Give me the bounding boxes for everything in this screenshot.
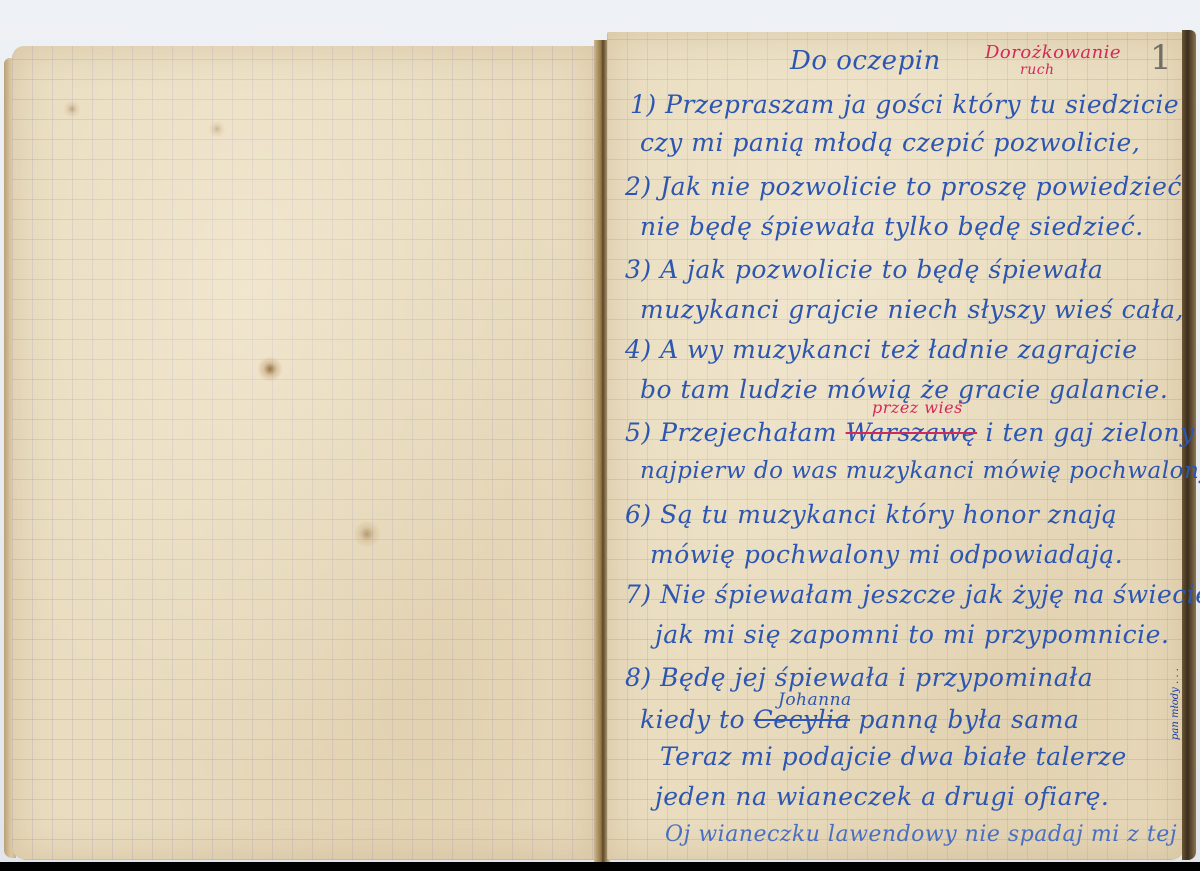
verse-number: 1) — [630, 90, 657, 119]
verse-number: 8) — [625, 663, 652, 692]
verse-number: 7) — [625, 580, 652, 609]
verse-text: Będę jej śpiewała i przypominała — [660, 663, 1093, 692]
verse-3-line-1: 3) A jak pozwolicie to będę śpiewała — [625, 255, 1103, 284]
red-annotation-sub: ruch — [1020, 62, 1055, 78]
verse-7-line-1: 7) Nie śpiewałam jeszcze jak żyję na świ… — [625, 580, 1200, 609]
verse-6-line-1: 6) Są tu muzykanci który honor znają — [625, 500, 1117, 529]
verse-text: A jak pozwolicie to będę śpiewała — [660, 255, 1103, 284]
verse-10-line-1: Oj wianeczku lawendowy nie spadaj mi z t… — [665, 822, 1177, 847]
page-number: 1 — [1150, 38, 1172, 78]
page-heading: Do oczepin — [790, 46, 941, 76]
stain-spot — [257, 356, 283, 382]
verse-5-insert: przez wieś — [872, 398, 963, 417]
verse-number: 3) — [625, 255, 652, 284]
margin-note: pan młody . . . — [1170, 668, 1181, 740]
verse-4-line-1: 4) A wy muzykanci też ładnie zagrajcie — [625, 335, 1138, 364]
verse-number: 5) — [625, 418, 652, 447]
verse-8-line-2: kiedy to Cecylia panną była sama — [640, 705, 1079, 734]
verse-7-line-2: jak mi się zapomni to mi przypomnicie. — [655, 620, 1169, 649]
crossed-out-word: Cecylia — [754, 705, 850, 734]
verse-text: Są tu muzykanci który honor znają — [660, 500, 1117, 529]
verse-5-line-1: 5) Przejechałam Warszawę i ten gaj zielo… — [625, 418, 1195, 447]
verse-3-line-2: muzykanci grajcie niech słyszy wieś cała… — [640, 295, 1184, 324]
verse-8-line-1: 8) Będę jej śpiewała i przypominała — [625, 663, 1093, 692]
left-page-blank — [12, 46, 597, 860]
verse-1-line-2: czy mi panią młodą czepić pozwolicie, — [640, 128, 1140, 157]
red-annotation: Dorożkowanie — [985, 42, 1121, 63]
verse-2-line-1: 2) Jak nie pozwolicie to proszę powiedzi… — [625, 172, 1182, 201]
verse-text: i ten gaj zielony — [977, 418, 1195, 447]
verse-9-line-2: jeden na wianeczek a drugi ofiarę. — [655, 782, 1109, 811]
verse-text: Przepraszam ja gości który tu siedzicie — [665, 90, 1179, 119]
verse-text: A wy muzykanci też ładnie zagrajcie — [660, 335, 1137, 364]
verse-1-line-1: 1) Przepraszam ja gości który tu siedzic… — [630, 90, 1179, 119]
verse-text: kiedy to — [640, 705, 754, 734]
verse-2-line-2: nie będę śpiewała tylko będę siedzieć. — [640, 212, 1144, 241]
verse-number: 4) — [625, 335, 652, 364]
verse-5-line-2: najpierw do was muzykanci mówię pochwalo… — [640, 458, 1200, 484]
crossed-out-word: Warszawę — [846, 418, 977, 447]
verse-number: 2) — [625, 172, 652, 201]
verse-text: Przejechałam — [660, 418, 845, 447]
scan-bottom-edge — [0, 862, 1200, 871]
stain-spot — [352, 521, 382, 547]
verse-text: Nie śpiewałam jeszcze jak żyję na świeci… — [660, 580, 1200, 609]
verse-number: 6) — [625, 500, 652, 529]
verse-text: Jak nie pozwolicie to proszę powiedzieć — [660, 172, 1182, 201]
stain-spot — [62, 101, 82, 117]
stain-spot — [207, 121, 227, 137]
verse-6-line-2: mówię pochwalony mi odpowiadają. — [650, 540, 1123, 569]
verse-text: panną była sama — [850, 705, 1079, 734]
verse-9-line-1: Teraz mi podajcie dwa białe talerze — [660, 742, 1127, 771]
